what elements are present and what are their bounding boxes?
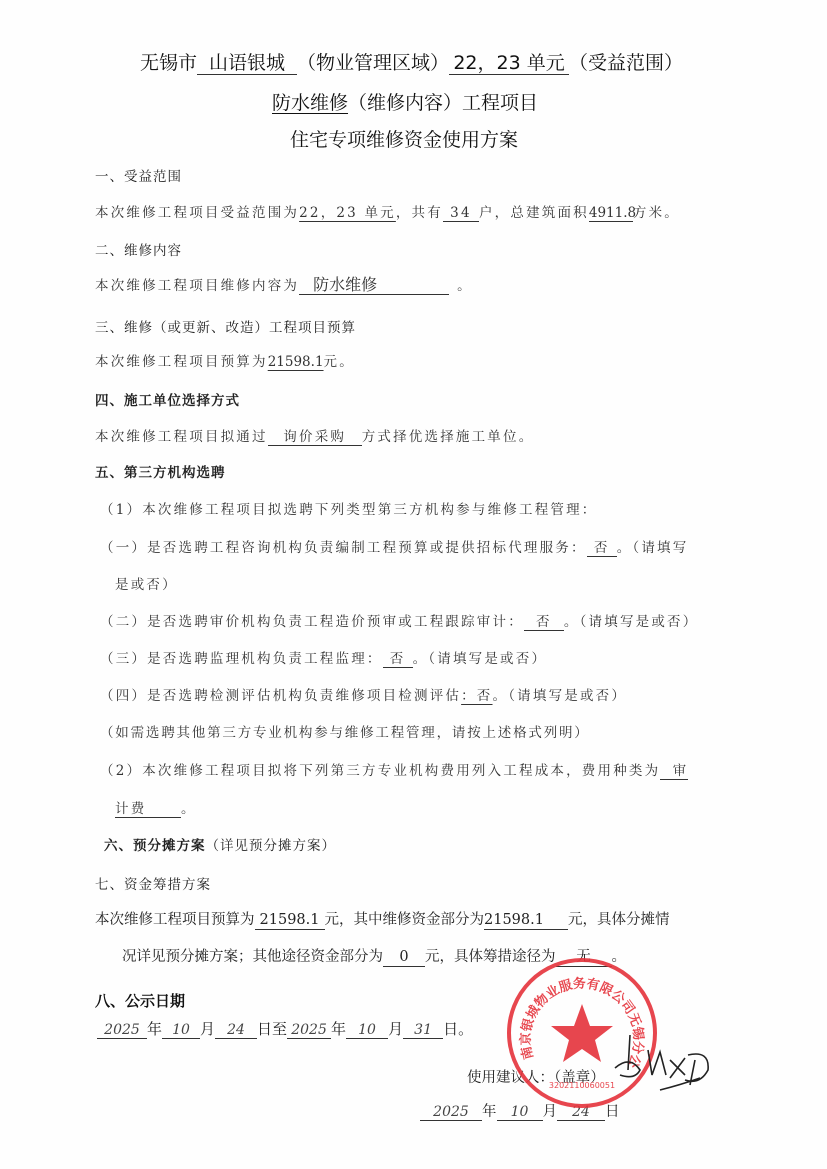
budget-value-2: 21598.1 [255, 913, 325, 930]
section-5-p2: （2）本次维修工程项目拟将下列第三方专业机构费用列入工程成本，费用种类为审 [100, 759, 688, 780]
households-value: 34 [443, 206, 479, 222]
scope-field: 22，23 单元 [449, 53, 569, 75]
section-6-heading: 六、预分摊方案（详见预分摊方案） [104, 834, 336, 854]
q4-value: ：否 [461, 688, 492, 704]
method-value: 询价采购 [268, 430, 362, 446]
other-value: 0 [383, 950, 425, 967]
area-label: （物业管理区域） [297, 52, 449, 74]
section-5-note: （如需选聘其他第三方专业机构参与维修工程管理，请按上述格式列明） [100, 721, 590, 741]
content-field: 防水维修 [272, 92, 348, 114]
section-8-heading: 八、公示日期 [95, 990, 185, 1011]
publicity-dates: 2025年10月24日至2025年10月31日。 [97, 1018, 473, 1039]
q1-value: 否 [587, 541, 617, 557]
start-month: 10 [162, 1023, 200, 1039]
section-5-q1-cont: 是或否） [115, 573, 178, 593]
area-field: 山语银城 [197, 53, 297, 75]
scope-value: 22，23 单元 [299, 205, 396, 221]
budget-value: 21598.1 [268, 354, 324, 370]
document-page: 无锡市山语银城（物业管理区域）22，23 单元（受益范围） 防水维修（维修内容）… [0, 0, 827, 1169]
section-1-heading: 一、受益范围 [95, 165, 182, 185]
end-month: 10 [346, 1023, 388, 1039]
section-3-heading: 三、维修（或更新、改造）工程项目预算 [95, 316, 356, 336]
section-3-body: 本次维修工程项目预算为21598.1元。 [95, 350, 355, 370]
sign-year: 2025 [420, 1105, 482, 1121]
handwritten-signature [600, 1030, 720, 1100]
section-5-q2: （二）是否选聘审价机构负责工程造价预审或工程跟踪审计：否。（请填写是或否） [100, 610, 698, 631]
section-4-body: 本次维修工程项目拟通过询价采购方式择优选择施工单位。 [95, 425, 534, 446]
content-value: 防水维修 [299, 276, 449, 295]
section-7-heading: 七、资金筹措方案 [95, 873, 211, 893]
content-label: （维修内容）工程项目 [348, 92, 538, 114]
scope-label: （受益范围） [569, 52, 683, 74]
q3-value: 否 [383, 652, 413, 668]
city: 无锡市 [140, 52, 197, 74]
section-2-heading: 二、维修内容 [95, 239, 182, 259]
end-day: 31 [403, 1023, 443, 1039]
fee-type-value-1: 审 [660, 764, 688, 780]
section-5-p1: （1）本次维修工程项目拟选聘下列类型第三方机构参与维修工程管理： [100, 498, 598, 518]
title-line-3: 住宅专项维修资金使用方案 [290, 125, 518, 152]
section-1-body: 本次维修工程项目受益范围为22，23 单元，共有34户，总建筑面积4911.8方… [95, 201, 680, 222]
section-5-q4: （四）是否选聘检测评估机构负责维修项目检测评估：否。（请填写是或否） [100, 684, 627, 704]
area-value: 4911.8 [589, 206, 633, 222]
section-7-line-1: 本次维修工程项目预算为21598.1元，其中维修资金部分为21598.1元，具体… [95, 908, 670, 930]
fund-value: 21598.1 [484, 913, 568, 930]
section-5-q1: （一）是否选聘工程咨询机构负责编制工程预算或提供招标代理服务：否。（请填写 [100, 536, 688, 557]
section-5-p2-cont: 计费。 [115, 797, 197, 818]
end-year: 2025 [287, 1023, 331, 1039]
start-year: 2025 [97, 1023, 147, 1039]
start-day: 24 [215, 1023, 257, 1039]
title-line-2: 防水维修（维修内容）工程项目 [272, 88, 538, 115]
section-5-q3: （三）是否选聘监理机构负责工程监理：否。（请填写是或否） [100, 647, 547, 668]
sign-month: 10 [497, 1105, 543, 1121]
section-4-heading: 四、施工单位选择方式 [95, 389, 240, 409]
section-2-body: 本次维修工程项目维修内容为防水维修。 [95, 274, 473, 295]
section-5-heading: 五、第三方机构选聘 [95, 461, 226, 481]
fee-type-value-2: 计费 [115, 802, 181, 818]
q2-value: 否 [524, 615, 564, 631]
title-line-1: 无锡市山语银城（物业管理区域）22，23 单元（受益范围） [140, 48, 683, 75]
